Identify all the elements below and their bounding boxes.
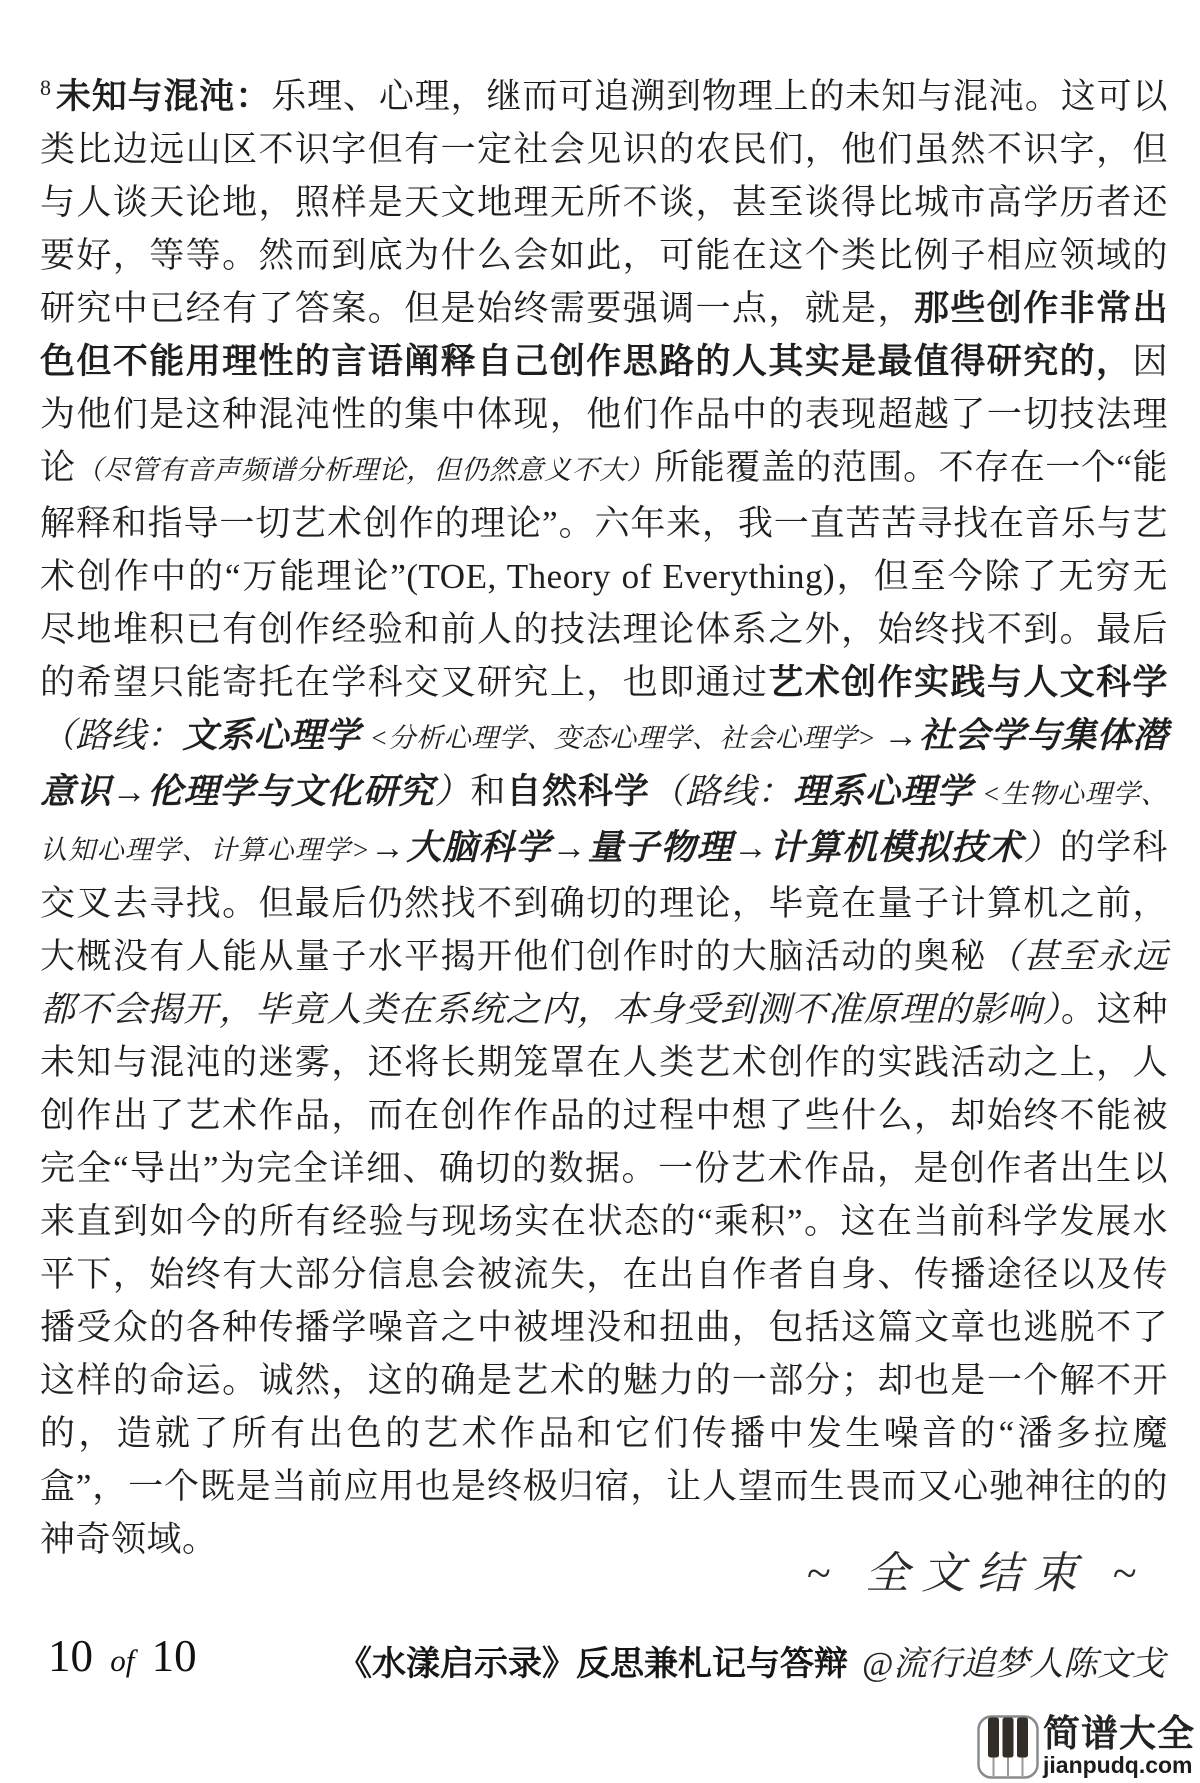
watermark-text: 简谱大全 jianpudq.com: [1043, 1715, 1195, 1777]
watermark-site-url: jianpudq.com: [1043, 1753, 1195, 1777]
footer-title: 《水漾启示录》反思兼札记与答辩 @流行追梦人陈文戈: [338, 1636, 1165, 1685]
text-run-kai-small: <分析心理学、变态心理学、社会心理学>: [370, 723, 884, 753]
document-author: @流行追梦人陈文戈: [862, 1646, 1165, 1683]
text-run-bold: 艺术创作实践与人文科学: [768, 663, 1168, 702]
body-paragraph: 8未知与混沌：乐理、心理，继而可追溯到物理上的未知与混沌。这可以类比边远山区不识…: [40, 70, 1168, 1566]
page-number-of-label: of: [110, 1643, 134, 1678]
document-title: 《水漾启示录》反思兼札记与答辩: [338, 1645, 848, 1683]
page-number-current: 10: [48, 1631, 93, 1681]
text-run-kai-small: （尽管有音声频谱分析理论，但仍然意义不大）: [76, 455, 655, 485]
text-run-kai-bold: →大脑科学→量子物理→计算机模拟技术: [370, 828, 1023, 867]
text-run-kai: ）: [1024, 828, 1060, 867]
site-watermark: 简谱大全 jianpudq.com: [977, 1715, 1195, 1779]
text-run-sup: 8: [40, 75, 52, 100]
text-run-kai: （路线：: [40, 716, 182, 755]
text-run-latin: (TOE, Theory of Everything): [406, 557, 835, 596]
text-run-bold: 自然科学: [506, 772, 649, 811]
text-run-kai-bold: 文系心理学: [182, 716, 369, 755]
text-run-kai: （路线：: [650, 772, 793, 811]
text-run-bold: 未知与混沌：: [56, 77, 272, 116]
page-number-total: 10: [152, 1631, 197, 1681]
text-run-kai-bold: 理系心理学: [793, 772, 982, 811]
page-footer: 10 of 10 《水漾启示录》反思兼札记与答辩 @流行追梦人陈文戈: [0, 1630, 1200, 1690]
end-of-text-mark: ~ 全文结束 ~: [806, 1537, 1148, 1601]
page-number: 10 of 10: [48, 1630, 197, 1682]
text-run-normal: 。这种未知与混沌的迷雾，还将长期笼罩在人类艺术创作的实践活动之上，人创作出了艺术…: [40, 990, 1168, 1559]
watermark-site-name: 简谱大全: [1043, 1715, 1195, 1753]
piano-keys-icon: [977, 1715, 1039, 1779]
text-run-normal: 和: [470, 772, 506, 811]
document-page: 8未知与混沌：乐理、心理，继而可追溯到物理上的未知与混沌。这可以类比边远山区不识…: [0, 0, 1200, 1783]
text-run-kai: ）: [434, 772, 470, 811]
